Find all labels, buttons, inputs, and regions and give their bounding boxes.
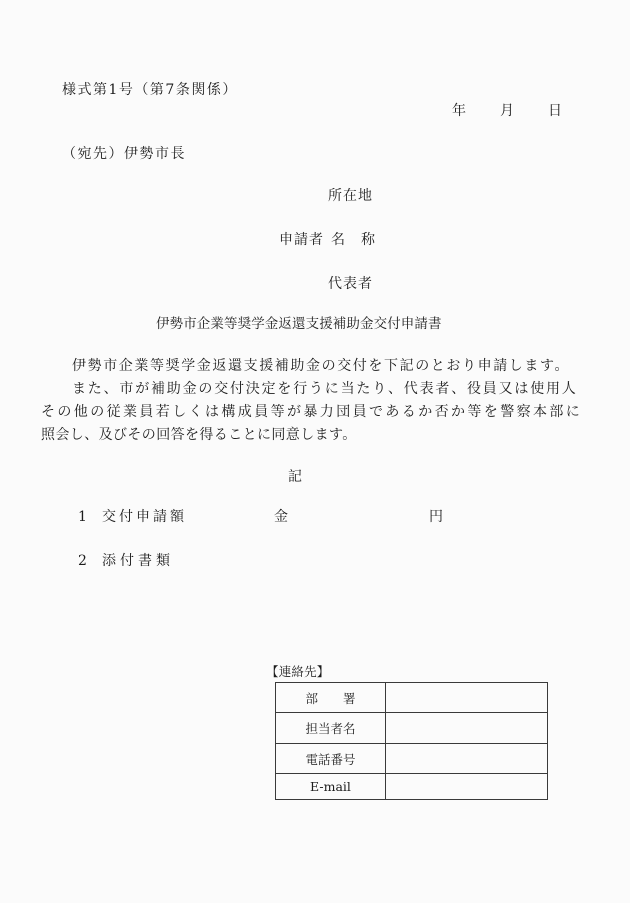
contact-person-value-cell: [386, 713, 548, 743]
contact-phone-value-cell: [386, 743, 548, 773]
item-2-label: 添付書類: [102, 554, 174, 568]
document-page: 様式第1号（第7条関係） 年 月 日 （宛先）伊勢市長 所在地 申請者 名 称 …: [0, 0, 630, 903]
amount-prefix-label: 金: [274, 510, 288, 524]
applicant-label: 申請者: [279, 233, 324, 247]
applicant-representative-label: 代表者: [328, 277, 373, 291]
contact-heading: 【連絡先】: [266, 666, 330, 679]
item-2-number: 2: [78, 554, 87, 568]
applicant-name-label: 名 称: [331, 233, 376, 247]
contact-table: 部 署 担当者名 電話番号 E-mail: [275, 682, 548, 800]
page-title: 伊勢市企業等奨学金返還支援補助金交付申請書: [156, 318, 442, 332]
table-row: E-mail: [276, 774, 548, 800]
item-1-number: 1: [78, 510, 87, 524]
form-number: 様式第1号（第7条関係）: [62, 83, 238, 97]
contact-phone-label-cell: 電話番号: [276, 743, 386, 773]
addressee: （宛先）伊勢市長: [62, 147, 186, 161]
body-line: その他の従業員若しくは構成員等が暴力団員であるか否か等を警察本部に: [41, 405, 582, 419]
contact-email-label-cell: E-mail: [276, 774, 386, 800]
body-line: 伊勢市企業等奨学金返還支援補助金の交付を下記のとおり申請します。: [72, 359, 570, 373]
contact-email-value-cell: [386, 774, 548, 800]
table-row: 部 署: [276, 683, 548, 713]
amount-suffix-label: 円: [429, 510, 443, 524]
note-marker: 記: [288, 470, 302, 484]
body-line: また、市が補助金の交付決定を行うに当たり、代表者、役員又は使用人: [72, 382, 578, 396]
contact-department-value-cell: [386, 683, 548, 713]
date-line: 年 月 日: [452, 104, 564, 118]
table-row: 電話番号: [276, 743, 548, 773]
table-row: 担当者名: [276, 713, 548, 743]
contact-person-label-cell: 担当者名: [276, 713, 386, 743]
contact-department-label-cell: 部 署: [276, 683, 386, 713]
item-1-label: 交付申請額: [102, 510, 187, 524]
body-line: 照会し、及びその回答を得ることに同意します。: [41, 428, 357, 442]
applicant-address-label: 所在地: [328, 189, 373, 203]
